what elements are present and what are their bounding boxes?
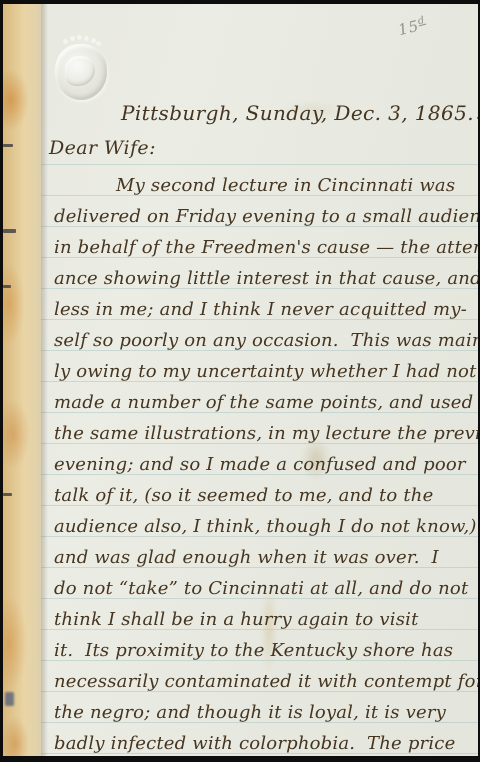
- manuscript-line: audience also, I think, though I do not …: [54, 511, 474, 542]
- manuscript-line: do not “take” to Cincinnati at all, and …: [54, 573, 474, 604]
- aged-binding-edge: [3, 4, 41, 756]
- manuscript-line: in behalf of the Freedmen's cause — the …: [54, 232, 474, 263]
- ink-offset-mark: [3, 493, 12, 496]
- dateline-flourish-icon: [477, 95, 478, 125]
- page-fold-shadow: [41, 4, 48, 756]
- letter-page: 15d Pittsburgh, Sunday, Dec. 3, 1865. De…: [3, 4, 478, 756]
- manuscript-line: and was glad enough when it was over. I: [54, 542, 474, 573]
- manuscript-line: delivered on Friday evening to a small a…: [54, 201, 474, 232]
- manuscript-line: My second lecture in Cincinnati was: [54, 170, 474, 201]
- ink-offset-mark: [3, 144, 13, 147]
- embossed-seal-icon: [55, 44, 107, 100]
- manuscript-line: evening; and so I made a confused and po…: [54, 449, 474, 480]
- pencil-annotation: 15d: [396, 15, 428, 39]
- ink-blot: [5, 692, 14, 706]
- salutation: Dear Wife:: [49, 137, 156, 159]
- dateline-text: Pittsburgh, Sunday, Dec. 3, 1865.: [121, 101, 474, 125]
- photo-frame: 15d Pittsburgh, Sunday, Dec. 3, 1865. De…: [0, 0, 480, 762]
- manuscript-line: made a number of the same points, and us…: [54, 387, 474, 418]
- manuscript-line: talk of it, (so it seemed to me, and to …: [54, 480, 474, 511]
- letter-body: My second lecture in Cincinnati wasdeliv…: [54, 170, 474, 756]
- manuscript-line: ance showing little interest in that cau…: [54, 263, 474, 294]
- manuscript-line: the same illustrations, in my lecture th…: [54, 418, 474, 449]
- ink-offset-mark: [3, 229, 16, 233]
- manuscript-line: self so poorly on any occasion. This was…: [54, 325, 474, 356]
- manuscript-line: badly infected with colorphobia. The pri…: [54, 728, 474, 756]
- dateline: Pittsburgh, Sunday, Dec. 3, 1865.: [121, 101, 478, 125]
- manuscript-line: ly owing to my uncertainty whether I had…: [54, 356, 474, 387]
- manuscript-line: it. Its proximity to the Kentucky shore …: [54, 635, 474, 666]
- ink-offset-mark: [3, 285, 11, 288]
- manuscript-line: think I shall be in a hurry again to vis…: [54, 604, 474, 635]
- manuscript-line: the negro; and though it is loyal, it is…: [54, 697, 474, 728]
- manuscript-line: less in me; and I think I never acquitte…: [54, 294, 474, 325]
- manuscript-line: necessarily contaminated it with contemp…: [54, 666, 474, 697]
